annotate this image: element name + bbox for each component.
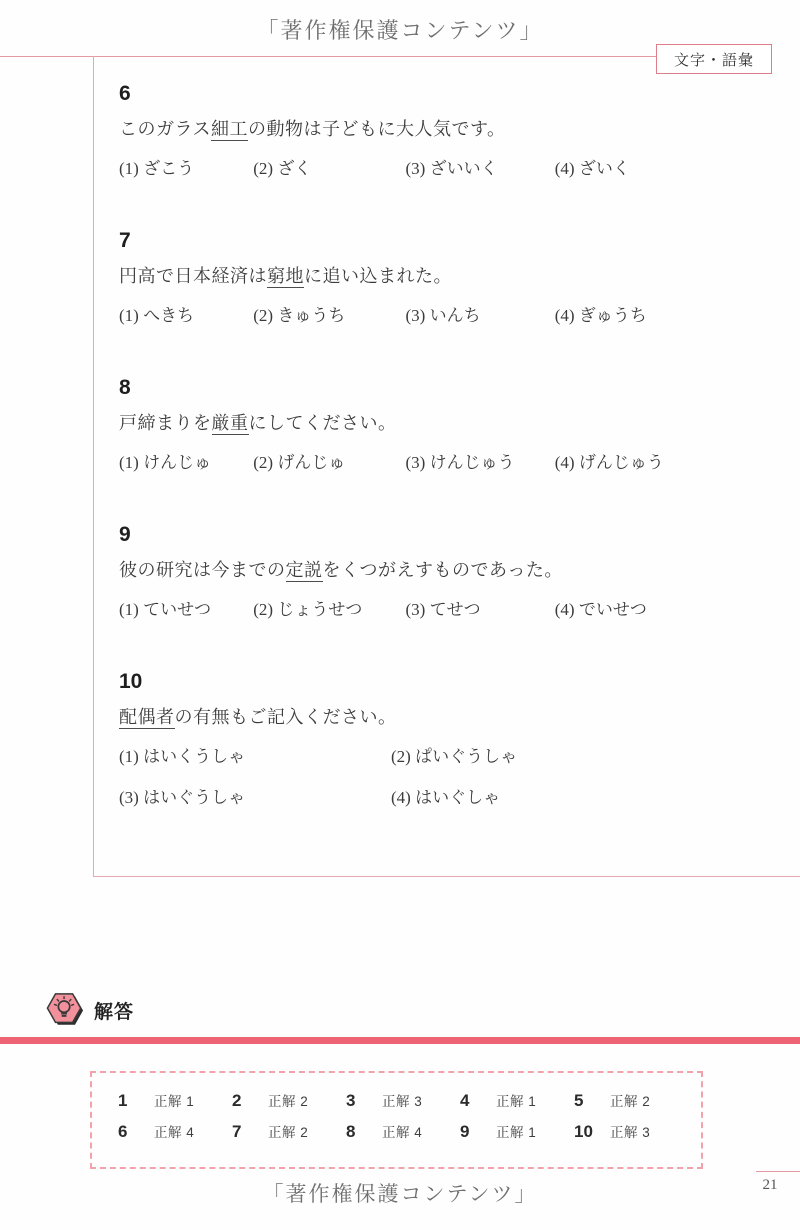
- answer-number: 5: [574, 1091, 600, 1111]
- option-2: (2) じょうせつ: [253, 595, 401, 620]
- question-number: 10: [119, 670, 800, 694]
- answer-item-7: 7正解 2: [232, 1121, 346, 1142]
- option-4: (4) ざいく: [555, 154, 630, 179]
- answer-number: 10: [574, 1122, 600, 1142]
- answer-item-3: 3正解 3: [346, 1090, 460, 1111]
- underlined-word: 厳重: [212, 413, 249, 435]
- answer-item-2: 2正解 2: [232, 1090, 346, 1111]
- question-sentence: 彼の研究は今までの定説をくつがえすものであった。: [119, 556, 800, 582]
- question-9: 9 彼の研究は今までの定説をくつがえすものであった。 (1) ていせつ (2) …: [119, 523, 800, 620]
- sentence-post: の有無もご記入ください。: [175, 707, 397, 727]
- answer-number: 6: [118, 1122, 144, 1142]
- answer-value: 正解 1: [496, 1090, 536, 1110]
- option-4: (4) でいせつ: [555, 595, 647, 620]
- option-1: (1) けんじゅ: [119, 448, 249, 473]
- question-options: (1) はいくうしゃ (2) ぱいぐうしゃ (3) はいぐうしゃ (4) はいぐ…: [119, 742, 800, 808]
- sentence-pre: 戸締まりを: [119, 413, 212, 433]
- answers-heading: 解答: [46, 990, 134, 1030]
- answer-value: 正解 2: [268, 1121, 308, 1141]
- underlined-word: 細工: [211, 119, 248, 141]
- option-3: (3) てせつ: [406, 595, 551, 620]
- option-2: (2) げんじゅ: [253, 448, 401, 473]
- answers-row-2: 6正解 4 7正解 2 8正解 4 9正解 1 10正解 3: [118, 1121, 701, 1142]
- answer-number: 4: [460, 1091, 486, 1111]
- answer-value: 正解 4: [382, 1121, 422, 1141]
- question-number: 6: [119, 82, 800, 106]
- underlined-word: 窮地: [267, 266, 304, 288]
- answer-value: 正解 3: [382, 1090, 422, 1110]
- option-4: (4) げんじゅう: [555, 448, 664, 473]
- answer-number: 1: [118, 1091, 144, 1111]
- answer-number: 7: [232, 1122, 258, 1142]
- option-4: (4) はいぐしゃ: [391, 783, 663, 808]
- question-sentence: 円高で日本経済は窮地に追い込まれた。: [119, 262, 800, 288]
- answer-number: 2: [232, 1091, 258, 1111]
- question-options: (1) ざこう (2) ざく (3) ざいいく (4) ざいく: [119, 154, 800, 179]
- answer-value: 正解 3: [610, 1121, 650, 1141]
- question-area: 6 このガラス細工の動物は子どもに大人気です。 (1) ざこう (2) ざく (…: [93, 56, 800, 877]
- option-2: (2) きゅうち: [253, 301, 401, 326]
- option-3: (3) はいぐうしゃ: [119, 783, 391, 808]
- sentence-post: の動物は子どもに大人気です。: [248, 119, 506, 139]
- question-8: 8 戸締まりを厳重にしてください。 (1) けんじゅ (2) げんじゅ (3) …: [119, 376, 800, 473]
- accent-divider-bar: [0, 1037, 800, 1044]
- option-1: (1) はいくうしゃ: [119, 742, 391, 767]
- answer-value: 正解 1: [154, 1090, 194, 1110]
- answer-value: 正解 2: [268, 1090, 308, 1110]
- answer-item-1: 1正解 1: [118, 1090, 232, 1111]
- answers-row-1: 1正解 1 2正解 2 3正解 3 4正解 1 5正解 2: [118, 1090, 701, 1111]
- answer-item-8: 8正解 4: [346, 1121, 460, 1142]
- answer-item-4: 4正解 1: [460, 1090, 574, 1111]
- footer-copyright-title: 「著作権保護コンテンツ」: [0, 1178, 800, 1208]
- answer-number: 8: [346, 1122, 372, 1142]
- sentence-post: にしてください。: [249, 413, 397, 433]
- answer-value: 正解 2: [610, 1090, 650, 1110]
- underlined-word: 配偶者: [119, 707, 175, 729]
- question-6: 6 このガラス細工の動物は子どもに大人気です。 (1) ざこう (2) ざく (…: [119, 82, 800, 179]
- option-3: (3) いんち: [406, 301, 551, 326]
- answer-value: 正解 1: [496, 1121, 536, 1141]
- question-options: (1) ていせつ (2) じょうせつ (3) てせつ (4) でいせつ: [119, 595, 800, 620]
- question-number: 8: [119, 376, 800, 400]
- question-sentence: 配偶者の有無もご記入ください。: [119, 703, 800, 729]
- answer-value: 正解 4: [154, 1121, 194, 1141]
- scanned-test-page: 「著作権保護コンテンツ」 文字・語彙 6 このガラス細工の動物は子どもに大人気で…: [0, 0, 800, 1230]
- underlined-word: 定説: [286, 560, 323, 582]
- question-options: (1) けんじゅ (2) げんじゅ (3) けんじゅう (4) げんじゅう: [119, 448, 800, 473]
- question-number: 9: [119, 523, 800, 547]
- question-number: 7: [119, 229, 800, 253]
- option-3: (3) ざいいく: [406, 154, 551, 179]
- lightbulb-badge-icon: [46, 990, 84, 1030]
- answer-number: 9: [460, 1122, 486, 1142]
- option-1: (1) ざこう: [119, 154, 249, 179]
- sentence-pre: このガラス: [119, 119, 211, 139]
- question-options: (1) へきち (2) きゅうち (3) いんち (4) ぎゅうち: [119, 301, 800, 326]
- answer-number: 3: [346, 1091, 372, 1111]
- sentence-pre: 円高で日本経済は: [119, 266, 267, 286]
- question-10: 10 配偶者の有無もご記入ください。 (1) はいくうしゃ (2) ぱいぐうしゃ…: [119, 670, 800, 808]
- sentence-post: をくつがえすものであった。: [323, 560, 563, 580]
- option-2: (2) ぱいぐうしゃ: [391, 742, 663, 767]
- answer-item-6: 6正解 4: [118, 1121, 232, 1142]
- answer-item-10: 10正解 3: [574, 1121, 688, 1142]
- answers-section-label: 解答: [94, 997, 134, 1024]
- option-1: (1) へきち: [119, 301, 249, 326]
- question-sentence: このガラス細工の動物は子どもに大人気です。: [119, 115, 800, 141]
- sentence-post: に追い込まれた。: [304, 266, 452, 286]
- option-2: (2) ざく: [253, 154, 401, 179]
- option-4: (4) ぎゅうち: [555, 301, 647, 326]
- option-1: (1) ていせつ: [119, 595, 249, 620]
- answers-table: 1正解 1 2正解 2 3正解 3 4正解 1 5正解 2 6正解 4 7正解 …: [90, 1071, 703, 1169]
- question-sentence: 戸締まりを厳重にしてください。: [119, 409, 800, 435]
- answer-item-5: 5正解 2: [574, 1090, 688, 1111]
- header-copyright-title: 「著作権保護コンテンツ」: [0, 14, 800, 45]
- answer-item-9: 9正解 1: [460, 1121, 574, 1142]
- page-number-rule: [756, 1171, 800, 1172]
- question-7: 7 円高で日本経済は窮地に追い込まれた。 (1) へきち (2) きゅうち (3…: [119, 229, 800, 326]
- sentence-pre: 彼の研究は今までの: [119, 560, 286, 580]
- option-3: (3) けんじゅう: [406, 448, 551, 473]
